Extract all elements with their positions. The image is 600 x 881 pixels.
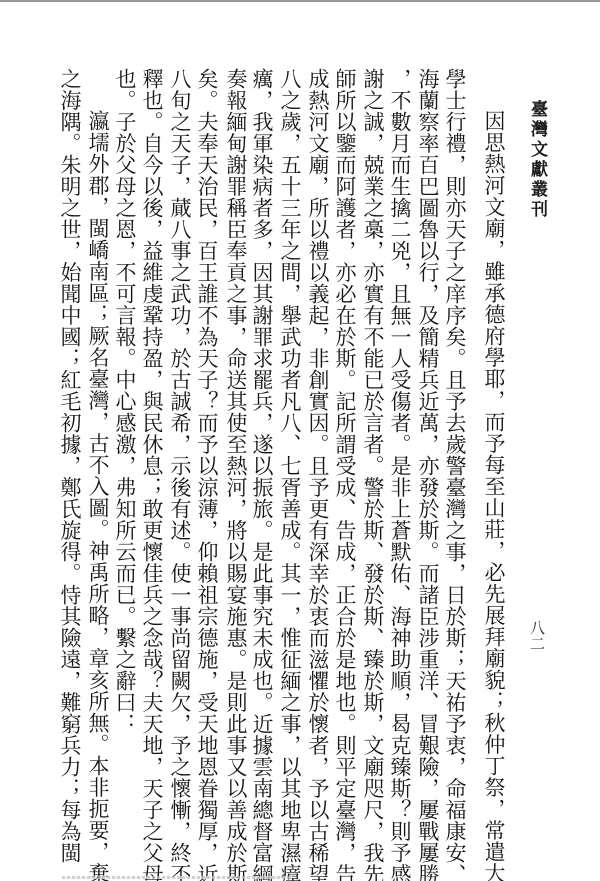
text-column-14: 也。子於父母之恩，不可言報。中心感激，弗知所云而已。繫之辭曰： (112, 68, 138, 735)
text-column-5: 謝之誠，兢業之槀，亦實有不能已於言者。警於斯、發於斯、臻於斯，文廟咫尺，我先 (360, 68, 386, 881)
running-header-title: 臺灣文獻叢刊 (528, 100, 546, 220)
text-column-8: 八之歲，五十三年之間，舉武功者凡八、七胥善成。其一，惟征緬之事，以其地卑濕瘴 (277, 68, 303, 881)
text-column-16-verse: 之海隅。朱明之世，始聞中國；紅毛初據，鄭氏旋得。恃其險遠，難窮兵力；每為閩 (57, 68, 83, 864)
text-column-15-verse: 瀛壖外郡，閩嶠南區；厥名臺灣，古不入圖。神禹所略，章亥所無。本非扼要，棄 (85, 110, 111, 881)
scan-artifact (62, 876, 292, 879)
text-column-12: 八旬之天子，蕆八事之武功，於古誠希，示後有述。使一事尚留闕欠，予之懷慚，終不 (167, 68, 193, 881)
text-column-10: 奏報緬甸謝罪稱臣奉貢之事，命送其使至熱河，將以賜宴施惠。是則此事又以善成於斯 (223, 68, 249, 881)
scan-top-border (0, 0, 600, 2)
text-column-4: ，不數月而生擒二兇，且無一人受傷者。是非上蒼默佑、海神助順，曷克臻斯？則予感 (387, 68, 413, 881)
text-column-1: 因思熱河文廟，雖承德府學耶，而予每至山莊，必先展拜廟貌；秋仲丁祭，常遣大 (481, 110, 507, 881)
text-column-13: 釋也。自今以後，益維虔鞏持盈，與民休息；敢更懷佳兵之念哉？夫天地，天子之父母 (139, 68, 165, 881)
text-column-9: 癘，我軍染病者多，因其謝罪求罷兵，遂以振旅。是此事究未成也。近據雲南總督富綱 (249, 68, 275, 881)
text-column-3: 海蘭察率百巴圖魯以行，及簡精兵近萬，亦發於斯。而諸臣涉重洋、冒艱險，屢戰屢勝 (415, 68, 441, 881)
text-column-11: 矣。夫奉天治民，百王誰不為天子？而予以涼薄，仰賴祖宗德施，受天地恩眷獨厚，近 (194, 68, 220, 881)
text-column-2: 學士行禮，則亦天子之庠序矣。且予去歲警臺灣之事，日於斯；天祐予衷，命福康安、 (442, 68, 468, 881)
page-number: 八二 (529, 620, 545, 652)
scanned-page: 臺灣文獻叢刊 八二 因思熱河文廟，雖承德府學耶，而予每至山莊，必先展拜廟貌；秋仲… (0, 0, 600, 881)
text-column-6: 師所以鑒而阿護者，亦必在於斯。記所謂受成、告成，正合於是地也。則平定臺灣，告 (332, 68, 358, 881)
text-column-7: 成熱河文廟，所以禮以義起，非創實因。且予更有深幸於衷而滋懼於懷者，予以古稀望 (305, 68, 331, 881)
